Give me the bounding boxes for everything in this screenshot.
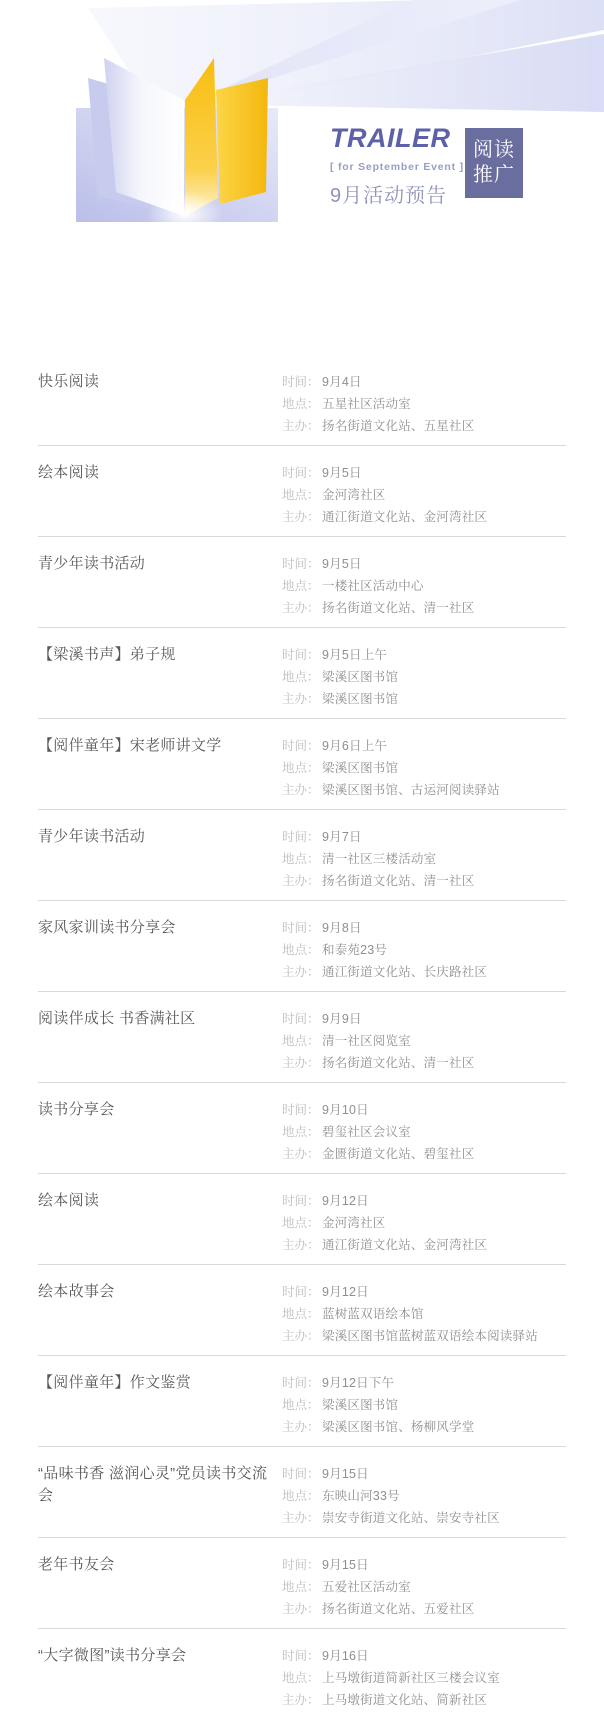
place-label: 地点：: [282, 1030, 322, 1052]
time-label: 时间：: [282, 917, 322, 939]
place-value: 梁溪区图书馆: [322, 1394, 398, 1416]
host-label: 主办：: [282, 597, 322, 619]
time-label: 时间：: [282, 553, 322, 575]
host-value: 崇安寺街道文化站、崇安寺社区: [322, 1507, 500, 1529]
event-details: 时间： 9月15日 地点： 五爱社区活动室 主办： 扬名街道文化站、五爱社区: [282, 1554, 566, 1620]
time-label: 时间：: [282, 1463, 322, 1485]
event-time-row: 时间： 9月12日: [282, 1190, 566, 1212]
event-details: 时间： 9月5日上午 地点： 梁溪区图书馆 主办： 梁溪区图书馆: [282, 644, 566, 710]
event-title: 快乐阅读: [38, 371, 282, 393]
place-value: 梁溪区图书馆: [322, 757, 398, 779]
event-item: 绘本阅读 时间： 9月12日 地点： 金河湾社区 主办： 通江街道文化站、金河湾…: [38, 1174, 566, 1265]
event-details: 时间： 9月5日 地点： 金河湾社区 主办： 通江街道文化站、金河湾社区: [282, 462, 566, 528]
event-place-row: 地点： 清一社区阅览室: [282, 1030, 566, 1052]
event-item: 快乐阅读 时间： 9月4日 地点： 五星社区活动室 主办： 扬名街道文化站、五星…: [38, 371, 566, 446]
time-value: 9月12日: [322, 1281, 369, 1303]
event-time-row: 时间： 9月5日: [282, 553, 566, 575]
event-time-row: 时间： 9月9日: [282, 1008, 566, 1030]
badge-line-2: 推广: [473, 163, 515, 188]
event-details: 时间： 9月15日 地点： 东映山河33号 主办： 崇安寺街道文化站、崇安寺社区: [282, 1463, 566, 1529]
event-item: 阅读伴成长 书香满社区 时间： 9月9日 地点： 清一社区阅览室 主办： 扬名街…: [38, 992, 566, 1083]
event-time-row: 时间： 9月5日上午: [282, 644, 566, 666]
place-label: 地点：: [282, 484, 322, 506]
reading-promotion-badge: 阅读 推广: [465, 128, 523, 198]
event-host-row: 主办： 扬名街道文化站、清一社区: [282, 1052, 566, 1074]
host-label: 主办：: [282, 1325, 322, 1347]
event-details: 时间： 9月5日 地点： 一楼社区活动中心 主办： 扬名街道文化站、清一社区: [282, 553, 566, 619]
host-label: 主办：: [282, 688, 322, 710]
host-value: 通江街道文化站、金河湾社区: [322, 1234, 487, 1256]
event-details: 时间： 9月16日 地点： 上马墩街道简新社区三楼会议室 主办： 上马墩街道文化…: [282, 1645, 566, 1711]
host-value: 扬名街道文化站、清一社区: [322, 870, 474, 892]
host-value: 通江街道文化站、金河湾社区: [322, 506, 487, 528]
place-value: 蓝树蓝双语绘本馆: [322, 1303, 424, 1325]
event-host-row: 主办： 梁溪区图书馆、杨柳风学堂: [282, 1416, 566, 1438]
event-time-row: 时间： 9月15日: [282, 1554, 566, 1576]
event-time-row: 时间： 9月8日: [282, 917, 566, 939]
event-place-row: 地点： 五星社区活动室: [282, 393, 566, 415]
time-value: 9月4日: [322, 371, 362, 393]
event-title: 【梁溪书声】弟子规: [38, 644, 282, 666]
host-value: 梁溪区图书馆、古运河阅读驿站: [322, 779, 500, 801]
event-title: 青少年读书活动: [38, 553, 282, 575]
event-details: 时间： 9月12日 地点： 金河湾社区 主办： 通江街道文化站、金河湾社区: [282, 1190, 566, 1256]
place-label: 地点：: [282, 1667, 322, 1689]
place-label: 地点：: [282, 1485, 322, 1507]
host-value: 梁溪区图书馆蓝树蓝双语绘本阅读驿站: [322, 1325, 538, 1347]
event-place-row: 地点： 蓝树蓝双语绘本馆: [282, 1303, 566, 1325]
host-label: 主办：: [282, 415, 322, 437]
place-label: 地点：: [282, 1121, 322, 1143]
time-label: 时间：: [282, 1281, 322, 1303]
time-label: 时间：: [282, 1645, 322, 1667]
event-item: 青少年读书活动 时间： 9月7日 地点： 清一社区三楼活动室 主办： 扬名街道文…: [38, 810, 566, 901]
event-host-row: 主办： 崇安寺街道文化站、崇安寺社区: [282, 1507, 566, 1529]
event-place-row: 地点： 上马墩街道简新社区三楼会议室: [282, 1667, 566, 1689]
place-label: 地点：: [282, 1576, 322, 1598]
event-place-row: 地点： 碧玺社区会议室: [282, 1121, 566, 1143]
event-host-row: 主办： 金匮街道文化站、碧玺社区: [282, 1143, 566, 1165]
host-label: 主办：: [282, 506, 322, 528]
time-label: 时间：: [282, 1099, 322, 1121]
host-label: 主办：: [282, 870, 322, 892]
time-label: 时间：: [282, 1008, 322, 1030]
event-title: 家风家训读书分享会: [38, 917, 282, 939]
event-details: 时间： 9月9日 地点： 清一社区阅览室 主办： 扬名街道文化站、清一社区: [282, 1008, 566, 1074]
event-item: “品味书香 滋润心灵”党员读书交流会 时间： 9月15日 地点： 东映山河33号…: [38, 1447, 566, 1538]
event-place-row: 地点： 和泰苑23号: [282, 939, 566, 961]
event-item: 绘本故事会 时间： 9月12日 地点： 蓝树蓝双语绘本馆 主办： 梁溪区图书馆蓝…: [38, 1265, 566, 1356]
place-value: 清一社区三楼活动室: [322, 848, 436, 870]
event-title: 绘本阅读: [38, 462, 282, 484]
event-host-row: 主办： 梁溪区图书馆、古运河阅读驿站: [282, 779, 566, 801]
time-label: 时间：: [282, 1190, 322, 1212]
host-value: 扬名街道文化站、五星社区: [322, 415, 474, 437]
event-item: 读书分享会 时间： 9月10日 地点： 碧玺社区会议室 主办： 金匮街道文化站、…: [38, 1083, 566, 1174]
time-value: 9月7日: [322, 826, 362, 848]
event-host-row: 主办： 扬名街道文化站、五星社区: [282, 415, 566, 437]
host-value: 金匮街道文化站、碧玺社区: [322, 1143, 474, 1165]
host-label: 主办：: [282, 1416, 322, 1438]
event-place-row: 地点： 金河湾社区: [282, 1212, 566, 1234]
header-text-block: TRAILER [ for September Event ] 9月活动预告: [330, 124, 460, 208]
event-host-row: 主办： 扬名街道文化站、清一社区: [282, 597, 566, 619]
time-value: 9月8日: [322, 917, 362, 939]
place-value: 一楼社区活动中心: [322, 575, 424, 597]
event-title: 读书分享会: [38, 1099, 282, 1121]
place-value: 五爱社区活动室: [322, 1576, 411, 1598]
event-place-row: 地点： 金河湾社区: [282, 484, 566, 506]
event-time-row: 时间： 9月7日: [282, 826, 566, 848]
event-list: 快乐阅读 时间： 9月4日 地点： 五星社区活动室 主办： 扬名街道文化站、五星…: [0, 272, 604, 1719]
host-label: 主办：: [282, 1507, 322, 1529]
host-value: 扬名街道文化站、五爱社区: [322, 1598, 474, 1620]
event-time-row: 时间： 9月15日: [282, 1463, 566, 1485]
event-host-row: 主办： 梁溪区图书馆: [282, 688, 566, 710]
time-value: 9月5日: [322, 553, 362, 575]
host-value: 上马墩街道文化站、简新社区: [322, 1689, 487, 1711]
event-place-row: 地点： 梁溪区图书馆: [282, 757, 566, 779]
event-host-row: 主办： 通江街道文化站、长庆路社区: [282, 961, 566, 983]
host-value: 扬名街道文化站、清一社区: [322, 597, 474, 619]
place-value: 梁溪区图书馆: [322, 666, 398, 688]
event-title: 老年书友会: [38, 1554, 282, 1576]
event-details: 时间： 9月10日 地点： 碧玺社区会议室 主办： 金匮街道文化站、碧玺社区: [282, 1099, 566, 1165]
event-item: 【阅伴童年】宋老师讲文学 时间： 9月6日上午 地点： 梁溪区图书馆 主办： 梁…: [38, 719, 566, 810]
time-value: 9月12日下午: [322, 1372, 394, 1394]
event-title: “品味书香 滋润心灵”党员读书交流会: [38, 1463, 282, 1507]
event-item: 绘本阅读 时间： 9月5日 地点： 金河湾社区 主办： 通江街道文化站、金河湾社…: [38, 446, 566, 537]
place-value: 上马墩街道简新社区三楼会议室: [322, 1667, 500, 1689]
place-value: 金河湾社区: [322, 484, 386, 506]
time-label: 时间：: [282, 1554, 322, 1576]
place-value: 东映山河33号: [322, 1485, 400, 1507]
place-value: 清一社区阅览室: [322, 1030, 411, 1052]
event-host-row: 主办： 扬名街道文化站、清一社区: [282, 870, 566, 892]
place-label: 地点：: [282, 757, 322, 779]
event-details: 时间： 9月7日 地点： 清一社区三楼活动室 主办： 扬名街道文化站、清一社区: [282, 826, 566, 892]
event-host-row: 主办： 通江街道文化站、金河湾社区: [282, 506, 566, 528]
event-place-row: 地点： 一楼社区活动中心: [282, 575, 566, 597]
event-title: 阅读伴成长 书香满社区: [38, 1008, 282, 1030]
event-item: 青少年读书活动 时间： 9月5日 地点： 一楼社区活动中心 主办： 扬名街道文化…: [38, 537, 566, 628]
host-label: 主办：: [282, 1598, 322, 1620]
subtitle-chinese: 9月活动预告: [330, 179, 460, 208]
time-label: 时间：: [282, 462, 322, 484]
event-title: “大字微图”读书分享会: [38, 1645, 282, 1667]
time-label: 时间：: [282, 826, 322, 848]
place-label: 地点：: [282, 1212, 322, 1234]
event-item: “大字微图”读书分享会 时间： 9月16日 地点： 上马墩街道简新社区三楼会议室…: [38, 1629, 566, 1719]
event-time-row: 时间： 9月16日: [282, 1645, 566, 1667]
event-host-row: 主办： 上马墩街道文化站、简新社区: [282, 1689, 566, 1711]
time-label: 时间：: [282, 644, 322, 666]
place-label: 地点：: [282, 1303, 322, 1325]
event-item: 【阅伴童年】作文鉴赏 时间： 9月12日下午 地点： 梁溪区图书馆 主办： 梁溪…: [38, 1356, 566, 1447]
time-label: 时间：: [282, 1372, 322, 1394]
time-value: 9月6日上午: [322, 735, 387, 757]
subtitle-english: [ for September Event ]: [330, 161, 460, 173]
host-label: 主办：: [282, 1052, 322, 1074]
event-title: 青少年读书活动: [38, 826, 282, 848]
event-place-row: 地点： 东映山河33号: [282, 1485, 566, 1507]
place-label: 地点：: [282, 393, 322, 415]
host-label: 主办：: [282, 1689, 322, 1711]
event-title: 绘本阅读: [38, 1190, 282, 1212]
event-details: 时间： 9月6日上午 地点： 梁溪区图书馆 主办： 梁溪区图书馆、古运河阅读驿站: [282, 735, 566, 801]
event-place-row: 地点： 五爱社区活动室: [282, 1576, 566, 1598]
event-place-row: 地点： 梁溪区图书馆: [282, 666, 566, 688]
time-value: 9月5日: [322, 462, 362, 484]
badge-line-1: 阅读: [473, 138, 515, 163]
time-value: 9月15日: [322, 1463, 369, 1485]
event-item: 【梁溪书声】弟子规 时间： 9月5日上午 地点： 梁溪区图书馆 主办： 梁溪区图…: [38, 628, 566, 719]
time-value: 9月16日: [322, 1645, 369, 1667]
time-label: 时间：: [282, 735, 322, 757]
host-label: 主办：: [282, 1234, 322, 1256]
event-time-row: 时间： 9月12日: [282, 1281, 566, 1303]
open-book-icon: [60, 40, 310, 270]
event-title: 【阅伴童年】宋老师讲文学: [38, 735, 282, 757]
event-time-row: 时间： 9月12日下午: [282, 1372, 566, 1394]
event-time-row: 时间： 9月6日上午: [282, 735, 566, 757]
event-place-row: 地点： 梁溪区图书馆: [282, 1394, 566, 1416]
host-value: 通江街道文化站、长庆路社区: [322, 961, 487, 983]
host-value: 梁溪区图书馆: [322, 688, 398, 710]
host-label: 主办：: [282, 779, 322, 801]
place-label: 地点：: [282, 575, 322, 597]
place-value: 和泰苑23号: [322, 939, 387, 961]
place-label: 地点：: [282, 939, 322, 961]
host-label: 主办：: [282, 961, 322, 983]
event-details: 时间： 9月12日 地点： 蓝树蓝双语绘本馆 主办： 梁溪区图书馆蓝树蓝双语绘本…: [282, 1281, 566, 1347]
event-host-row: 主办： 通江街道文化站、金河湾社区: [282, 1234, 566, 1256]
host-label: 主办：: [282, 1143, 322, 1165]
event-title: 【阅伴童年】作文鉴赏: [38, 1372, 282, 1394]
place-label: 地点：: [282, 848, 322, 870]
time-label: 时间：: [282, 371, 322, 393]
place-value: 金河湾社区: [322, 1212, 386, 1234]
event-details: 时间： 9月4日 地点： 五星社区活动室 主办： 扬名街道文化站、五星社区: [282, 371, 566, 437]
event-place-row: 地点： 清一社区三楼活动室: [282, 848, 566, 870]
time-value: 9月15日: [322, 1554, 369, 1576]
event-host-row: 主办： 梁溪区图书馆蓝树蓝双语绘本阅读驿站: [282, 1325, 566, 1347]
event-title: 绘本故事会: [38, 1281, 282, 1303]
event-time-row: 时间： 9月4日: [282, 371, 566, 393]
place-label: 地点：: [282, 666, 322, 688]
time-value: 9月9日: [322, 1008, 362, 1030]
event-details: 时间： 9月8日 地点： 和泰苑23号 主办： 通江街道文化站、长庆路社区: [282, 917, 566, 983]
time-value: 9月12日: [322, 1190, 369, 1212]
host-value: 梁溪区图书馆、杨柳风学堂: [322, 1416, 474, 1438]
header: TRAILER [ for September Event ] 9月活动预告 阅…: [0, 0, 604, 272]
event-item: 老年书友会 时间： 9月15日 地点： 五爱社区活动室 主办： 扬名街道文化站、…: [38, 1538, 566, 1629]
event-details: 时间： 9月12日下午 地点： 梁溪区图书馆 主办： 梁溪区图书馆、杨柳风学堂: [282, 1372, 566, 1438]
host-value: 扬名街道文化站、清一社区: [322, 1052, 474, 1074]
event-time-row: 时间： 9月10日: [282, 1099, 566, 1121]
place-value: 碧玺社区会议室: [322, 1121, 411, 1143]
place-value: 五星社区活动室: [322, 393, 411, 415]
event-time-row: 时间： 9月5日: [282, 462, 566, 484]
time-value: 9月5日上午: [322, 644, 387, 666]
event-item: 家风家训读书分享会 时间： 9月8日 地点： 和泰苑23号 主办： 通江街道文化…: [38, 901, 566, 992]
time-value: 9月10日: [322, 1099, 369, 1121]
event-host-row: 主办： 扬名街道文化站、五爱社区: [282, 1598, 566, 1620]
trailer-title: TRAILER: [330, 124, 460, 154]
place-label: 地点：: [282, 1394, 322, 1416]
